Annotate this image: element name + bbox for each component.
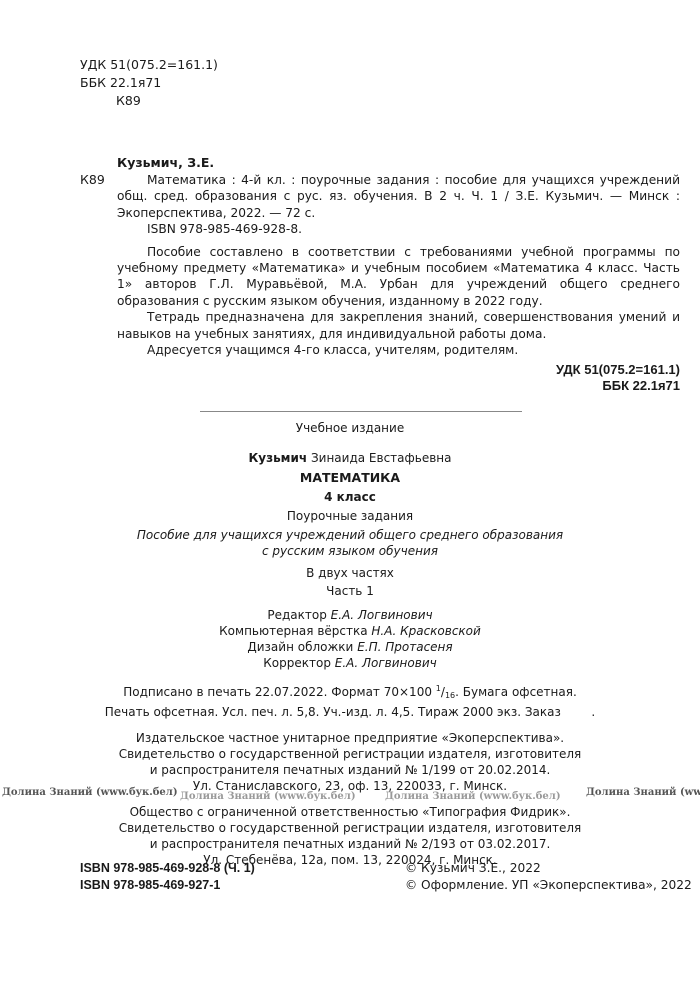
publisher-info: Издательское частное унитарное предприят…: [0, 730, 700, 794]
credits: Редактор Е.А. Логвинович Компьютерная вё…: [0, 607, 700, 671]
credit-cover-design: Дизайн обложки Е.П. Протасеня: [0, 639, 700, 655]
print-line-1: Подписано в печать 22.07.2022. Формат 70…: [0, 681, 700, 704]
credit-layout: Компьютерная вёрстка Н.А. Красковской: [0, 623, 700, 639]
purpose-line-2: с русским языком обучения: [0, 543, 700, 559]
printer-line: Общество с ограниченной ответственностью…: [0, 804, 700, 820]
parts-count: В двух частях: [0, 565, 700, 581]
isbn-set: ISBN 978-985-469-927-1: [80, 877, 255, 894]
author-surname: Кузьмич: [248, 451, 307, 465]
catalog-bbk: ББК 22.1я71: [556, 378, 680, 394]
annotation-paragraph: Адресуется учащимся 4-го класса, учителя…: [117, 342, 680, 358]
isbn-part: ISBN 978-985-469-928-8 (Ч. 1): [80, 860, 255, 877]
copyright-block: © Кузьмич З.Е., 2022 © Оформление. УП «Э…: [405, 860, 692, 894]
catalog-udk: УДК 51(075.2=161.1): [556, 362, 680, 378]
bibliographic-record: Математика : 4-й кл. : поурочные задания…: [117, 172, 680, 221]
section-divider: [200, 411, 522, 412]
credit-name: Н.А. Красковской: [371, 624, 480, 638]
book-subtitle: Поурочные задания: [0, 508, 700, 524]
format-fraction-numerator: 1: [436, 684, 441, 693]
credit-role: Компьютерная вёрстка: [219, 624, 367, 638]
udk-code: УДК 51(075.2=161.1): [80, 56, 218, 74]
part-number: Часть 1: [0, 583, 700, 599]
credit-role: Корректор: [263, 656, 331, 670]
imprint-author: Кузьмич Зинаида Евстафьевна: [0, 450, 700, 466]
catalog-classification: УДК 51(075.2=161.1) ББК 22.1я71: [556, 362, 680, 394]
printer-info: Общество с ограниченной ответственностью…: [0, 804, 700, 868]
print-line-2: Печать офсетная. Усл. печ. л. 5,8. Уч.-и…: [0, 704, 700, 720]
credit-name: Е.П. Протасеня: [357, 640, 452, 654]
watermark-row: Долина Знаний (www.бук.бел) Долина Знани…: [0, 787, 700, 801]
watermark-text: Долина Знаний (www.бук.бел): [2, 787, 178, 798]
publisher-line: Свидетельство о государственной регистра…: [0, 746, 700, 762]
catalog-card-body: Математика : 4-й кл. : поурочные задания…: [117, 172, 680, 358]
annotation-paragraph: Тетрадь предназначена для закрепления зн…: [117, 309, 680, 342]
copyright-design: © Оформление. УП «Экоперспектива», 2022: [405, 877, 692, 894]
publisher-line: Издательское частное унитарное предприят…: [0, 730, 700, 746]
catalog-isbn: ISBN 978-985-469-928-8.: [117, 221, 680, 237]
watermark-text: Долина Знаний (www.бук.бел): [586, 787, 700, 798]
printer-line: и распространителя печатных изданий № 2/…: [0, 836, 700, 852]
catalog-author-mark: К89: [80, 172, 105, 187]
print-details: Подписано в печать 22.07.2022. Формат 70…: [0, 681, 700, 720]
copyright-author: © Кузьмич З.Е., 2022: [405, 860, 692, 877]
credit-role: Редактор: [267, 608, 326, 622]
annotation-paragraph: Пособие составлено в соответствии с треб…: [117, 244, 680, 310]
isbn-block: ISBN 978-985-469-928-8 (Ч. 1) ISBN 978-9…: [80, 860, 255, 894]
credit-editor: Редактор Е.А. Логвинович: [0, 607, 700, 623]
book-title: МАТЕМАТИКА: [0, 470, 700, 486]
book-grade: 4 класс: [0, 489, 700, 505]
credit-proofreader: Корректор Е.А. Логвинович: [0, 655, 700, 671]
watermark-text: Долина Знаний (www.бук.бел): [180, 791, 356, 802]
classification-header: УДК 51(075.2=161.1) ББК 22.1я71 К89: [80, 56, 218, 110]
bbk-code: ББК 22.1я71: [80, 74, 218, 92]
author-mark: К89: [80, 92, 218, 110]
watermark-text: Долина Знаний (www.бук.бел): [385, 791, 561, 802]
author-given-names: Зинаида Евстафьевна: [311, 451, 452, 465]
edition-type: Учебное издание: [0, 420, 700, 436]
format-fraction-denominator: 16: [445, 691, 455, 700]
credit-name: Е.А. Логвинович: [335, 656, 437, 670]
purpose-line-1: Пособие для учащихся учреждений общего с…: [0, 527, 700, 543]
catalog-author-heading: Кузьмич, З.Е.: [117, 155, 214, 170]
publisher-line: и распространителя печатных изданий № 1/…: [0, 762, 700, 778]
credit-name: Е.А. Логвинович: [331, 608, 433, 622]
credit-role: Дизайн обложки: [247, 640, 353, 654]
printer-line: Свидетельство о государственной регистра…: [0, 820, 700, 836]
